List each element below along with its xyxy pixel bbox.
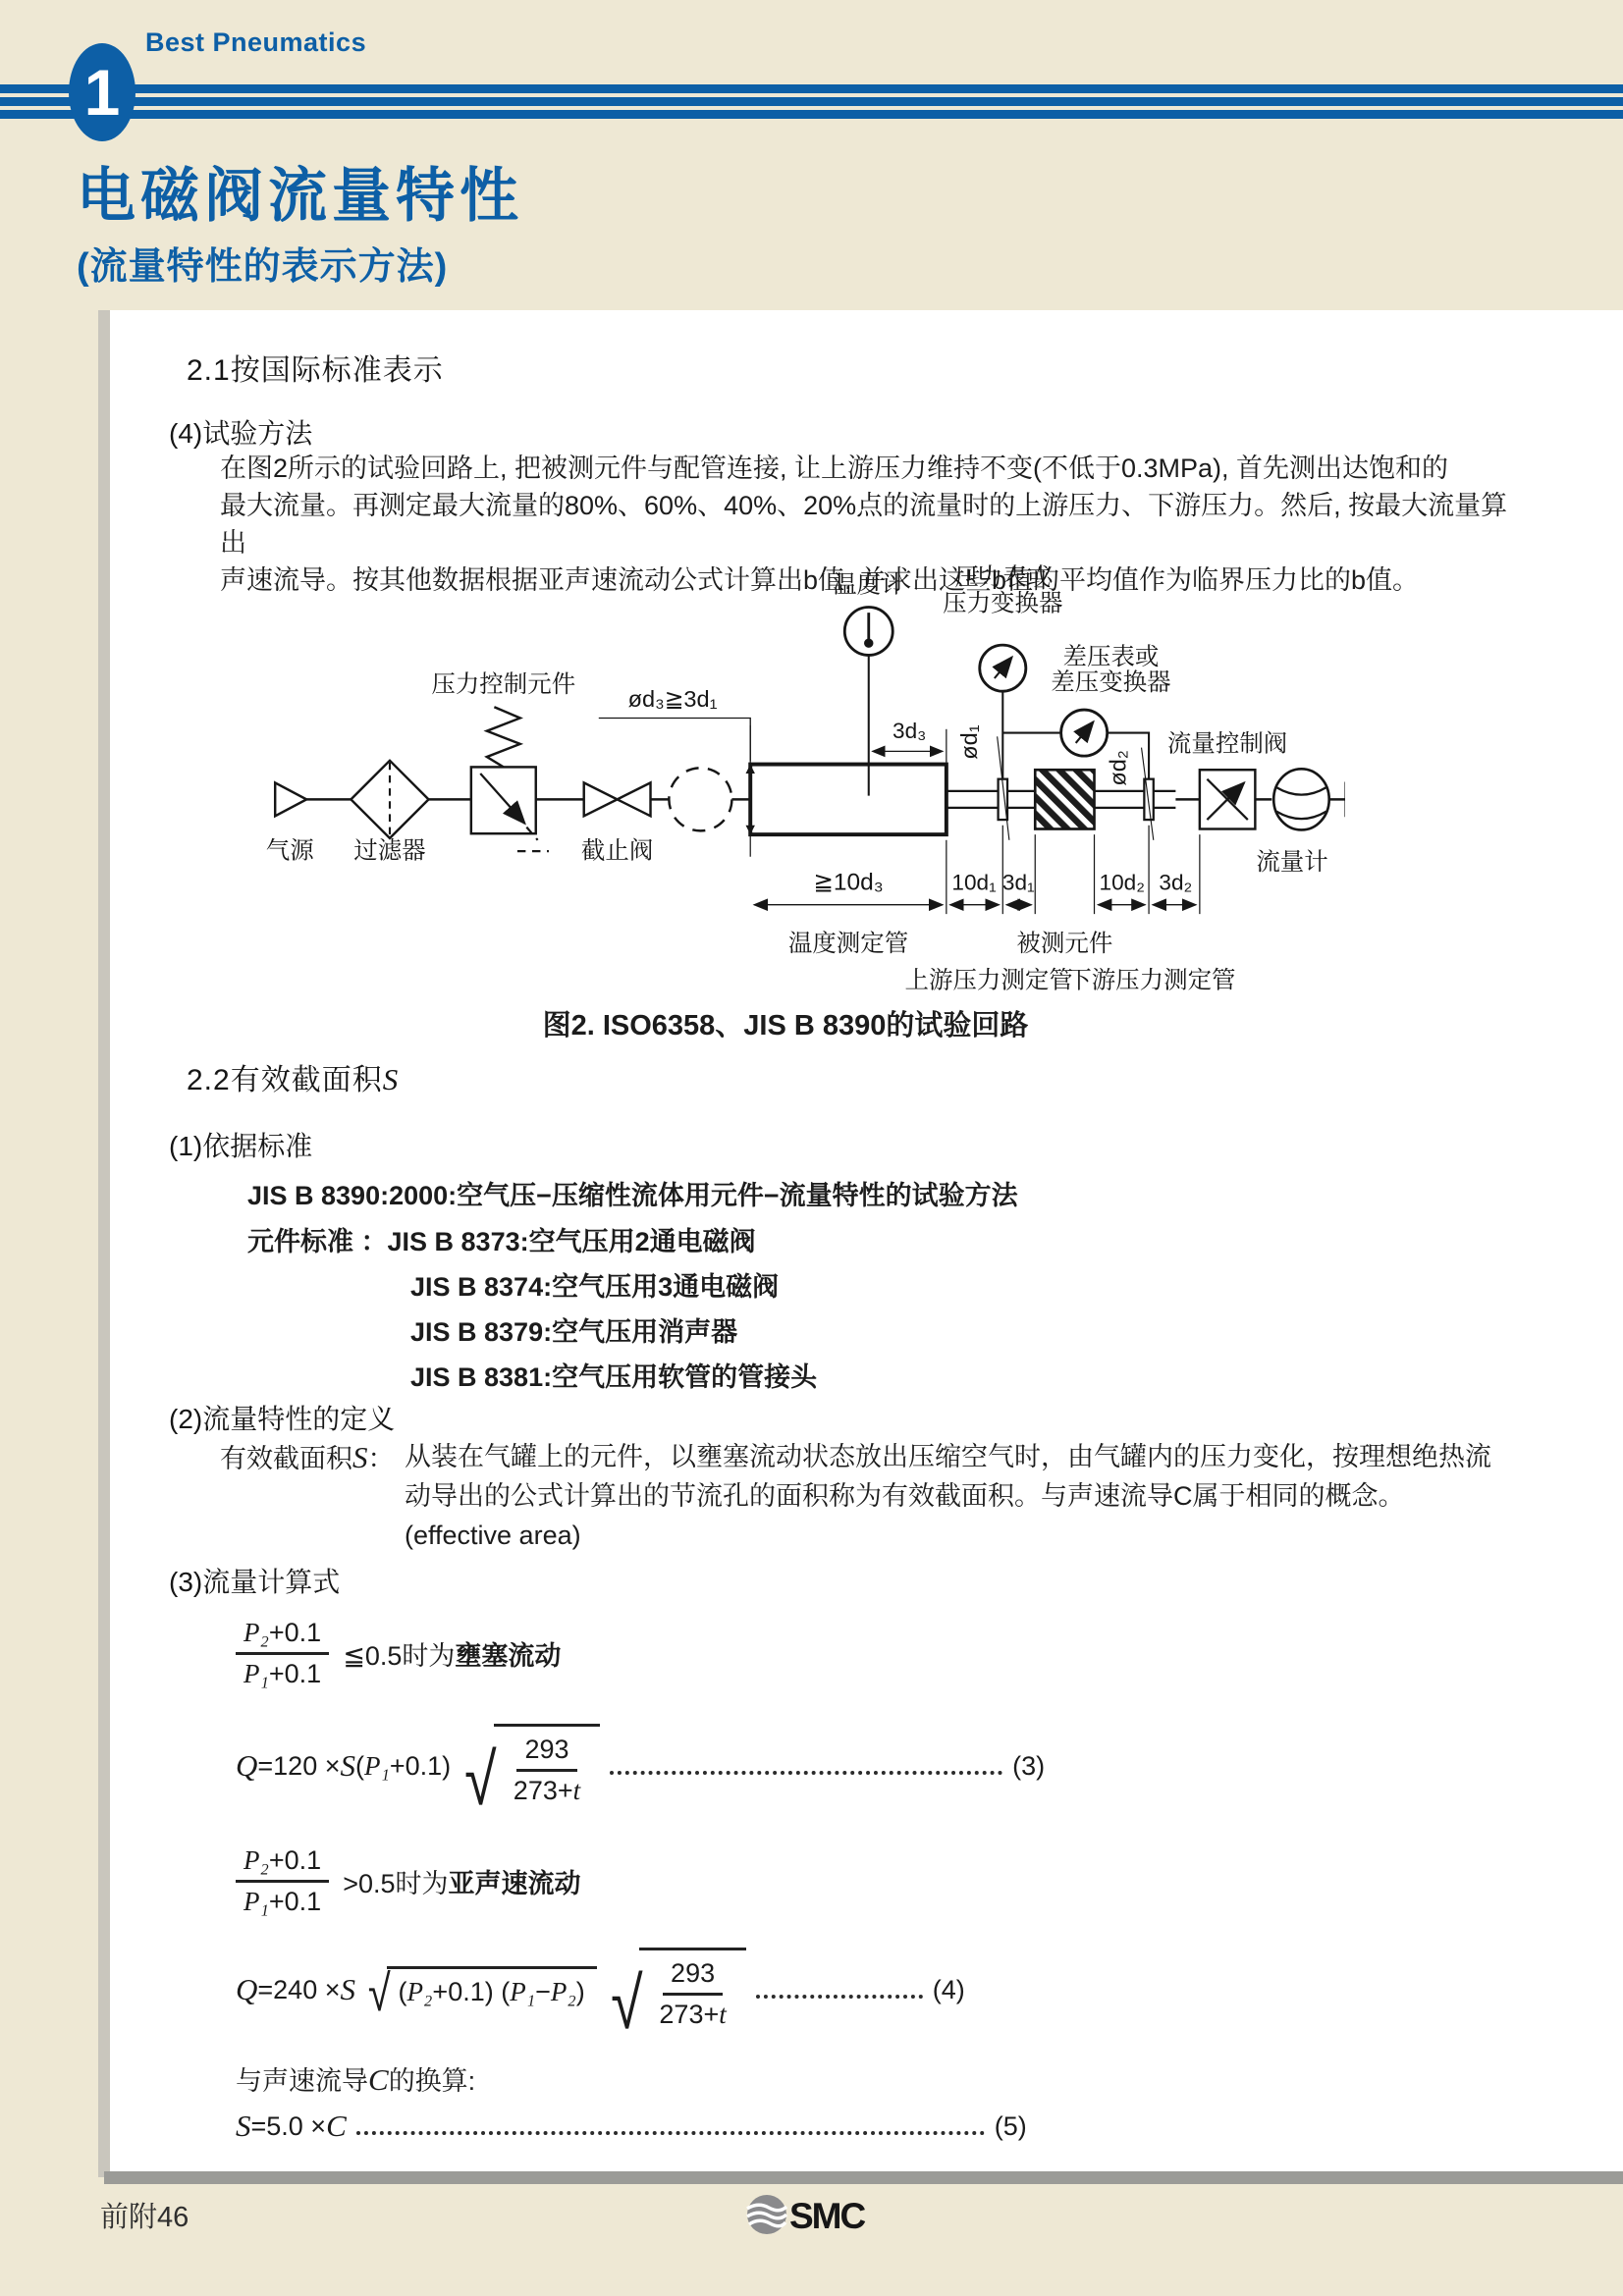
dim-10d1-label: 10d₁ [951, 871, 997, 895]
eq3-close-paren: +0.1) [390, 1751, 451, 1782]
header-stripe-2 [0, 97, 1623, 106]
equation-5: S =5.0 × C (5) [236, 2109, 1414, 2144]
dim-10d3-label: ≧10d₃ [813, 870, 883, 896]
eq4-lhs: Q [236, 1972, 257, 2007]
condition1-numerator: P₂+0.1 [236, 1618, 329, 1655]
test-circuit-diagram: 气源 过滤器 压力控制元件 截止阀 ød₃≧3d₁ 温度计 3d₃ 压力表或 压… [226, 552, 1345, 995]
definition-label: 有效截面积S： [220, 1437, 395, 1475]
air-source-label: 气源 [266, 837, 314, 865]
condition2-den-rest: +0.1 [269, 1887, 321, 1916]
standard-main: JIS B 8390:2000:空气压−压缩性流体用元件−流量特性的试验方法 [247, 1174, 1018, 1212]
eq3-s-var: S [340, 1748, 355, 1784]
definition-line-3: (effective area) [405, 1516, 1491, 1555]
equation-3: Q =120 × S (P₁+0.1) √ 293 273+t (3) [236, 1724, 1414, 1808]
eq4-v3: P₂ [551, 1977, 576, 2007]
conversion-post: 的换算: [389, 2066, 476, 2096]
eq3-dotted-leader [610, 1765, 1002, 1775]
regulator-spring [487, 707, 520, 767]
temperature-pipe [750, 765, 947, 835]
subsonic-flow-condition: P₂+0.1 P₁+0.1 >0.5时为 亚声速流动 [236, 1845, 581, 1917]
section-2-1-heading: 2.1按国际标准表示 [187, 346, 444, 389]
filter-label: 过滤器 [353, 837, 425, 865]
eq3-pre: =120 × [257, 1751, 340, 1782]
eq4-frac-num: 293 [663, 1958, 723, 1996]
condition2-num-var: P₂ [243, 1845, 269, 1875]
eq4-radical1-icon: √ [368, 1974, 391, 2013]
header-stripe-3 [0, 110, 1623, 119]
eq4-number: (4) [933, 1975, 965, 2005]
choked-flow-condition: P₂+0.1 P₁+0.1 ≦0.5时为 壅塞流动 [236, 1618, 561, 1689]
definition-item: (2)流量特性的定义 [169, 1398, 395, 1437]
smc-logo: SMC [744, 2189, 892, 2240]
eq3-inner-fraction: 293 273+t [506, 1735, 588, 1806]
pressure-control-label: 压力控制元件 [431, 670, 575, 698]
equation-4: Q =240 × S √ (P₂+0.1) (P₁−P₂) √ 293 273+… [236, 1948, 1414, 2032]
pressure-gauge-label-1: 压力表或 [954, 563, 1051, 591]
thermometer-label: 温度计 [833, 570, 904, 598]
eq4-frac-den-num: 273+ [659, 2000, 719, 2029]
air-source-symbol [275, 782, 306, 816]
eq4-sqrt1-body: (P₂+0.1) (P₁−P₂) [387, 1966, 597, 2013]
definition-text: 从装在气罐上的元件，以壅塞流动状态放出压缩空气时，由气罐内的压力变化，按理想绝热… [405, 1437, 1491, 1555]
od1-label: ød₁ [956, 724, 982, 759]
flow-meter-label: 流量计 [1256, 848, 1327, 876]
dim-3d1-label: 3d₁ [1002, 871, 1035, 895]
eq4-v2: P₁ [510, 1977, 535, 2007]
sonic-conductance-conversion: 与声速流导C的换算: [236, 2059, 475, 2098]
paragraph-line-1: 在图2所示的试验回路上, 把被测元件与配管连接, 让上游压力维持不变(不低于0.… [220, 450, 1526, 487]
eq3-frac-num: 293 [516, 1735, 576, 1772]
definition-line-1: 从装在气罐上的元件，以壅塞流动状态放出压缩空气时，由气罐内的压力变化，按理想绝热… [405, 1437, 1491, 1476]
eq4-m2: − [535, 1977, 551, 2007]
standard-row-4: JIS B 8381:空气压用软管的管接头 [247, 1355, 817, 1400]
definition-label-text: 有效截面积 [220, 1444, 352, 1473]
section-2-2-heading-text: 2.2有效截面积 [187, 1064, 383, 1096]
definition-line-2: 动导出的公式计算出的节流孔的面积称为有效截面积。与声速流导C属于相同的概念。 [405, 1476, 1491, 1516]
header-stripe-1 [0, 84, 1623, 93]
condition1-den-var: P₁ [243, 1659, 269, 1688]
brand-text: Best Pneumatics [145, 27, 366, 58]
condition2-denominator: P₁+0.1 [236, 1883, 329, 1917]
eq4-inner-fraction: 293 273+t [651, 1958, 733, 2030]
upstream-pipe-label: 上游压力测定管 [905, 966, 1073, 993]
eq4-pre: =240 × [257, 1975, 340, 2005]
condition1-num-var: P₂ [243, 1618, 269, 1647]
pressure-gauge-label-2: 压力变换器 [943, 589, 1062, 616]
eq4-s-var: S [340, 1972, 355, 2007]
standard-row-label: 元件标准 ： [247, 1227, 388, 1256]
conversion-pre: 与声速流导 [236, 2066, 368, 2096]
section-2-2-heading-var: S [383, 1062, 400, 1096]
diff-gauge-label-2: 差压变换器 [1051, 668, 1170, 696]
page-number: 前附46 [100, 2195, 189, 2235]
downstream-tap-flange [1144, 779, 1153, 820]
conversion-var: C [368, 2062, 389, 2097]
chapter-number: 1 [84, 55, 121, 130]
condition2-bold-text: 亚声速流动 [449, 1862, 581, 1900]
eq4-c1: ) [576, 1977, 585, 2007]
downstream-pipe-label: 下游压力测定管 [1067, 966, 1235, 993]
eq3-frac-den-num: 273+ [514, 1776, 573, 1805]
chapter-badge: 1 [69, 43, 135, 141]
eq4-sqrt-2: √ 293 273+t [607, 1948, 746, 2032]
definition-label-colon: ： [368, 1444, 395, 1473]
condition1-bold-text: 壅塞流动 [455, 1634, 561, 1673]
condition2-num-rest: +0.1 [269, 1845, 321, 1875]
standard-item-1: JIS B 8373:空气压用2通电磁阀 [388, 1227, 756, 1256]
eq4-sqrt2-body: 293 273+t [639, 1948, 745, 2032]
eq3-lhs: Q [236, 1748, 257, 1784]
condition1-denominator: P₁+0.1 [236, 1655, 329, 1689]
eq4-radical2-icon: √ [611, 1975, 643, 2032]
eq4-v1: P₂ [407, 1977, 433, 2007]
eq3-radical-icon: √ [464, 1751, 497, 1808]
eq4-o1: ( [399, 1977, 407, 2007]
dut-label: 被测元件 [1016, 930, 1112, 957]
eq5-lhs: S [236, 2109, 251, 2144]
eq5-number: (5) [995, 2111, 1027, 2142]
definition-label-var: S [352, 1440, 368, 1474]
optional-component-circle [669, 768, 731, 830]
condition1-den-rest: +0.1 [269, 1659, 321, 1688]
temp-pipe-label: 温度测定管 [788, 930, 908, 957]
condition2-den-var: P₁ [243, 1887, 269, 1916]
section-2-2-heading: 2.2有效截面积S [187, 1055, 399, 1098]
eq4-frac-den: 273+t [651, 1996, 733, 2030]
stop-valve-right [618, 782, 651, 816]
component-standards-list: 元件标准 ：JIS B 8373:空气压用2通电磁阀 JIS B 8374:空气… [247, 1219, 817, 1400]
dim-3d2-label: 3d₂ [1159, 871, 1192, 895]
eq5-c-var: C [326, 2109, 347, 2144]
standard-row-2: JIS B 8374:空气压用3通电磁阀 [247, 1264, 817, 1309]
condition2-numerator: P₂+0.1 [236, 1845, 329, 1883]
flow-control-valve-label: 流量控制阀 [1167, 729, 1287, 757]
standard-row-3: JIS B 8379:空气压用消声器 [247, 1309, 817, 1355]
paragraph-line-2: 最大流量。再测定最大流量的80%、60%、40%、20%点的流量时的上游压力、下… [220, 487, 1526, 561]
dim-10d2-label: 10d₂ [1100, 871, 1145, 895]
condition2-fraction: P₂+0.1 P₁+0.1 [236, 1845, 329, 1917]
pipe-spec-label: ød₃≧3d₁ [628, 686, 718, 712]
eq3-frac-den: 273+t [506, 1772, 588, 1806]
od2-label: ød₂ [1106, 750, 1131, 786]
eq5-dotted-leader [356, 2125, 985, 2135]
diff-gauge-label-1: 差压表或 [1063, 643, 1160, 670]
eq3-sqrt: √ 293 273+t [460, 1724, 600, 1808]
dim-3d3-label: 3d₃ [893, 719, 926, 743]
standard-row-1: 元件标准 ：JIS B 8373:空气压用2通电磁阀 [247, 1219, 817, 1264]
flow-formula-item: (3)流量计算式 [169, 1561, 340, 1600]
eq4-frac-den-var: t [719, 2000, 727, 2029]
pipe-spec-leader [599, 719, 750, 761]
panel-shadow-left [98, 310, 110, 2177]
condition2-mid-text: >0.5时为 [343, 1862, 448, 1900]
eq3-sqrt-body: 293 273+t [494, 1724, 600, 1808]
eq3-p1-var: P₁ [364, 1751, 390, 1782]
thermometer-bulb [864, 639, 873, 648]
panel-shadow-bottom [104, 2171, 1623, 2184]
eq4-dotted-leader [756, 1989, 923, 1999]
figure-caption: 图2. ISO6358、JIS B 8390的试验回路 [226, 1003, 1345, 1043]
test-method-item: (4)试验方法 [169, 412, 312, 452]
smc-logo-text: SMC [789, 2196, 866, 2236]
eq4-m1: +0.1) ( [432, 1977, 510, 2007]
eq3-open-paren: ( [355, 1751, 364, 1782]
condition1-num-rest: +0.1 [269, 1618, 321, 1647]
eq3-frac-den-var: t [573, 1776, 581, 1805]
condition1-fraction: P₂+0.1 P₁+0.1 [236, 1618, 329, 1689]
eq5-pre: =5.0 × [251, 2111, 327, 2142]
eq3-number: (3) [1012, 1751, 1045, 1782]
page-title: 电磁阀流量特性 [77, 149, 523, 234]
condition1-mid-text: ≦0.5时为 [343, 1634, 455, 1673]
filter-symbol [351, 761, 428, 838]
eq4-sqrt-1: √ (P₂+0.1) (P₁−P₂) [365, 1966, 597, 2013]
stop-valve-label: 截止阀 [581, 837, 653, 865]
page-subtitle: (流量特性的表示方法) [77, 236, 448, 290]
standards-item: (1)依据标准 [169, 1125, 312, 1164]
flow-meter-symbol [1273, 769, 1329, 829]
stop-valve-left [584, 782, 618, 816]
device-under-test [1035, 770, 1094, 828]
